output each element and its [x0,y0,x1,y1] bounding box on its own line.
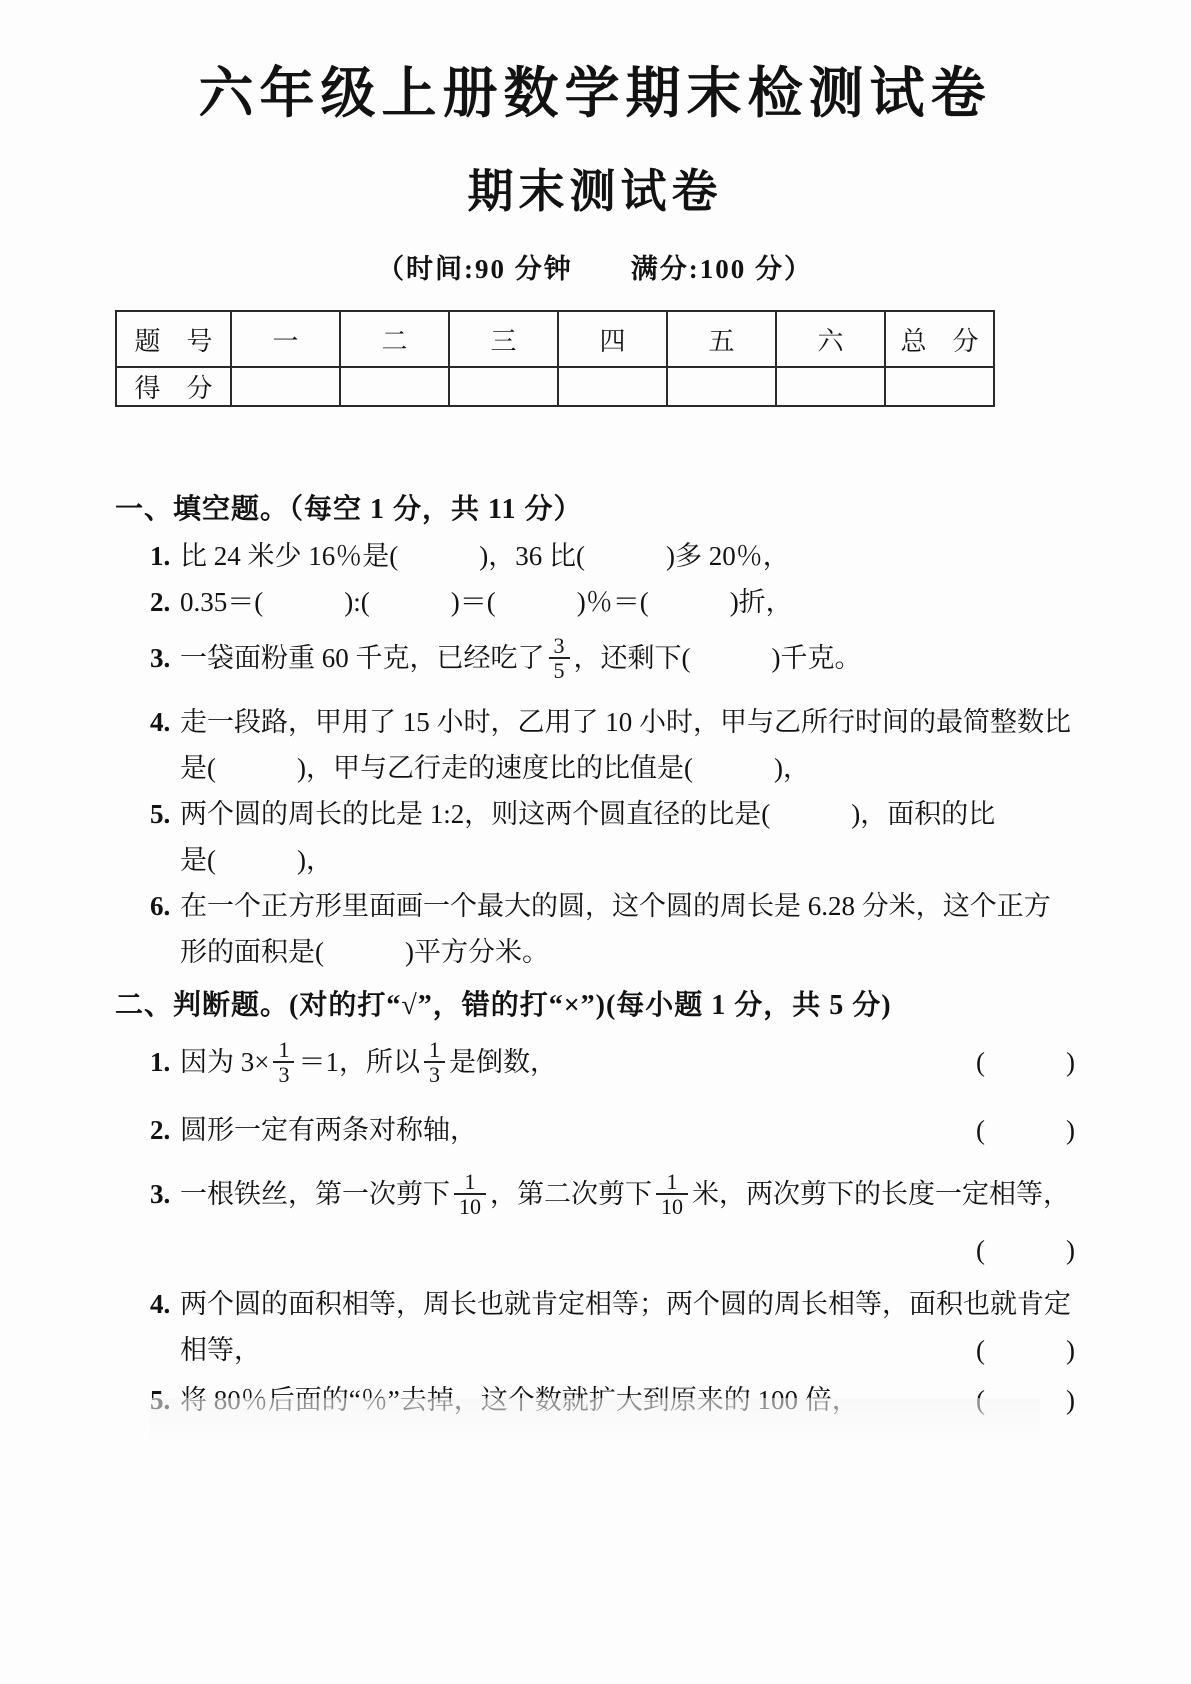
question-text: 0.35＝( ):( )＝( )％＝( )折， [180,587,793,617]
judge-question-5: 5.将 80％后面的“％”去掉，这个数就扩大到原来的 100 倍， ( ) [150,1377,1075,1423]
score-cell [340,367,449,406]
question-text: 比 24 米少 16％是( )，36 比( )多 20％， [180,541,790,571]
question-number: 4. [150,699,180,745]
judge-question-1: 1.因为 3×13＝1，所以13是倒数， ( ) [150,1029,1075,1095]
judge-questions: 1.因为 3×13＝1，所以13是倒数， ( ) 2.圆形一定有两条对称轴， (… [150,1029,1075,1423]
question-number: 2. [150,579,180,625]
header-cell-3: 三 [449,311,558,367]
question-text: 走一段路，甲用了 15 小时，乙用了 10 小时，甲与乙所行时间的最简整数比 [180,707,1071,737]
question-number: 5. [150,791,180,837]
score-cell [558,367,667,406]
question-text: 一根铁丝，第一次剪下 [180,1179,450,1209]
score-table-header-row: 题 号 一 二 三 四 五 六 总 分 [116,311,994,367]
question-text-continued: 是( )， [180,837,1075,883]
header-cell-4: 四 [558,311,667,367]
question-text: 米，两次剪下的长度一定相等， [692,1179,1070,1209]
score-cell [885,367,994,406]
section-fill-heading: 一、填空题。（每空 1 分，共 11 分） [115,487,1075,533]
fraction-one-tenth: 110 [454,1170,486,1218]
question-number: 1. [150,533,180,579]
section-judge-heading: 二、判断题。(对的打“√”，错的打“×”)(每小题 1 分，共 5 分) [115,983,1075,1029]
page-title: 六年级上册数学期末检测试卷 [115,60,1075,126]
fill-questions: 1.比 24 米少 16％是( )，36 比( )多 20％， 2.0.35＝(… [150,533,1075,975]
question-text: 两个圆的周长的比是 1:2，则这两个圆直径的比是( )，面积的比 [180,799,995,829]
score-table: 题 号 一 二 三 四 五 六 总 分 得 分 [115,310,995,407]
fill-question-2: 2.0.35＝( ):( )＝( )％＝( )折， [150,579,1075,625]
question-text: 将 80％后面的“％”去掉，这个数就扩大到原来的 100 倍， [180,1385,859,1415]
fill-question-5: 5.两个圆的周长的比是 1:2，则这两个圆直径的比是( )，面积的比 是( )， [150,791,1075,883]
exam-meta: （时间:90 分钟 满分:100 分） [115,247,1075,286]
answer-blank: ( ) [976,1327,1075,1373]
fraction-three-fifths: 35 [549,634,570,682]
question-text: 圆形一定有两条对称轴， [180,1115,477,1145]
score-cell [667,367,776,406]
score-cell [449,367,558,406]
header-cell-question-number: 题 号 [116,311,231,367]
answer-blank: ( ) [976,1029,1075,1095]
judge-question-3-answer-line: ( ) [150,1227,1075,1273]
page-subtitle: 期末测试卷 [115,164,1075,219]
fill-question-6: 6.在一个正方形里面画一个最大的圆，这个圆的周长是 6.28 分米，这个正方 形… [150,883,1075,975]
question-text: 两个圆的面积相等，周长也就肯定相等；两个圆的周长相等，面积也就肯定 [180,1289,1071,1319]
question-text: ，还剩下( )千克。 [574,643,862,673]
answer-blank: ( ) [976,1107,1075,1153]
header-cell-6: 六 [776,311,885,367]
fraction-one-third: 13 [424,1038,445,1086]
question-number: 1. [150,1029,180,1095]
question-number: 4. [150,1281,180,1327]
score-row-label: 得 分 [116,367,231,406]
fill-question-1: 1.比 24 米少 16％是( )，36 比( )多 20％， [150,533,1075,579]
header-cell-total: 总 分 [885,311,994,367]
question-text: ＝1，所以 [298,1047,420,1077]
judge-question-4: 4.两个圆的面积相等，周长也就肯定相等；两个圆的周长相等，面积也就肯定 相等， … [150,1281,1075,1373]
answer-blank: ( ) [976,1235,1075,1265]
judge-question-2: 2.圆形一定有两条对称轴， ( ) [150,1107,1075,1153]
question-number: 5. [150,1377,180,1423]
fraction-one-third: 13 [273,1038,294,1086]
fraction-one-tenth: 110 [656,1170,688,1218]
header-cell-1: 一 [231,311,340,367]
score-table-score-row: 得 分 [116,367,994,406]
question-text: 一袋面粉重 60 千克，已经吃了 [180,643,545,673]
judge-question-3: 3.一根铁丝，第一次剪下110，第二次剪下110米，两次剪下的长度一定相等， [150,1161,1075,1227]
question-text: 因为 3× [180,1047,269,1077]
question-number: 3. [150,1161,180,1227]
question-text: 在一个正方形里面画一个最大的圆，这个圆的周长是 6.28 分米，这个正方 [180,891,1051,921]
fill-question-3: 3.一袋面粉重 60 千克，已经吃了35，还剩下( )千克。 [150,625,1075,691]
question-number: 6. [150,883,180,929]
score-cell [231,367,340,406]
question-text: ，第二次剪下 [490,1179,652,1209]
exam-page: 六年级上册数学期末检测试卷 期末测试卷 （时间:90 分钟 满分:100 分） … [0,60,1191,1423]
header-cell-2: 二 [340,311,449,367]
question-text-continued: 形的面积是( )平方分米。 [180,929,1075,975]
fill-question-4: 4.走一段路，甲用了 15 小时，乙用了 10 小时，甲与乙所行时间的最简整数比… [150,699,1075,791]
score-cell [776,367,885,406]
question-number: 2. [150,1107,180,1153]
question-text-continued: 是( )，甲与乙行走的速度比的比值是( )， [180,745,1075,791]
question-number: 3. [150,625,180,691]
question-text: 是倒数， [449,1047,557,1077]
question-text-continued: 相等， [180,1327,261,1373]
header-cell-5: 五 [667,311,776,367]
answer-blank: ( ) [976,1377,1075,1423]
